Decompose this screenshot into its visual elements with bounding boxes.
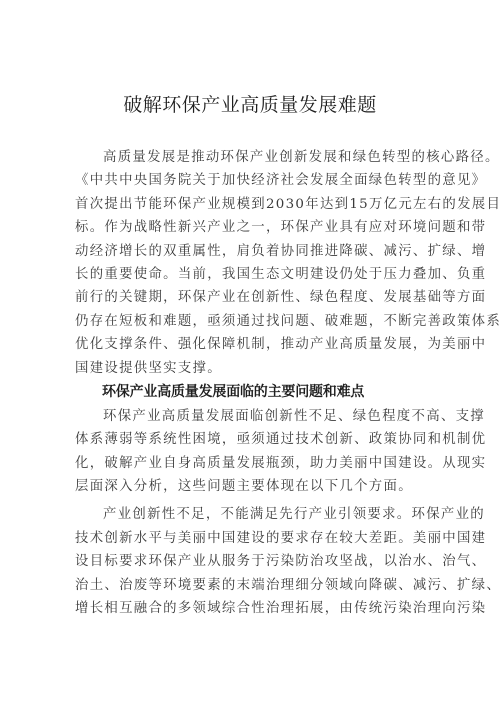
text-line: 《中共中央国务院关于加快经济社会发展全面绿色转型的意见》 <box>75 169 427 192</box>
intro-paragraph: 高质量发展是推动环保产业创新发展和绿色转型的核心路径。 《中共中央国务院关于加快… <box>75 146 427 380</box>
text-line: 仍存在短板和难题，亟须通过找问题、破难题，不断完善政策体系、 <box>75 310 427 333</box>
text-line: 优化支撑条件、强化保障机制，推动产业高质量发展，为美丽中 <box>75 333 427 356</box>
text-line: 增长相互融合的多领域综合性治理拓展，由传统污染治理向污染 <box>75 597 427 620</box>
document-body: 高质量发展是推动环保产业创新发展和绿色转型的核心路径。 《中共中央国务院关于加快… <box>75 146 427 620</box>
text-line: 治土、治废等环境要素的末端治理细分领域向降碳、减污、扩绿、 <box>75 574 427 597</box>
text-line: 国建设提供坚实支撑。 <box>75 357 427 380</box>
text-line: 动经济增长的双重属性，肩负着协同推进降碳、减污、扩绿、增 <box>75 240 427 263</box>
text-line: 长的重要使命。当前，我国生态文明建设仍处于压力叠加、负重 <box>75 263 427 286</box>
text-line: 体系薄弱等系统性困境，亟须通过技术创新、政策协同和机制优 <box>75 428 427 451</box>
text-line: 设目标要求环保产业从服务于污染防治攻坚战，以治水、治气、 <box>75 550 427 573</box>
text-line: 前行的关键期，环保产业在创新性、绿色程度、发展基础等方面 <box>75 286 427 309</box>
text-line: 环保产业高质量发展面临创新性不足、绿色程度不高、支撑 <box>75 405 427 428</box>
section-paragraph-1: 环保产业高质量发展面临创新性不足、绿色程度不高、支撑 体系薄弱等系统性困境，亟须… <box>75 405 427 499</box>
section-paragraph-2: 产业创新性不足，不能满足先行产业引领要求。环保产业的 技术创新水平与美丽中国建设… <box>75 503 427 620</box>
text-line: 首次提出节能环保产业规模到2030年达到15万亿元左右的发展目 <box>75 193 427 216</box>
text-line: 层面深入分析，这些问题主要体现在以下几个方面。 <box>75 475 427 498</box>
text-line: 产业创新性不足，不能满足先行产业引领要求。环保产业的 <box>75 503 427 526</box>
document-title: 破解环保产业高质量发展难题 <box>0 90 500 117</box>
text-line: 高质量发展是推动环保产业创新发展和绿色转型的核心路径。 <box>75 146 427 169</box>
text-line: 技术创新水平与美丽中国建设的要求存在较大差距。美丽中国建 <box>75 527 427 550</box>
text-line: 化，破解产业自身高质量发展瓶颈，助力美丽中国建设。从现实 <box>75 452 427 475</box>
text-line: 标。作为战略性新兴产业之一，环保产业具有应对环境问题和带 <box>75 216 427 239</box>
section-heading: 环保产业高质量发展面临的主要问题和难点 <box>75 380 427 405</box>
